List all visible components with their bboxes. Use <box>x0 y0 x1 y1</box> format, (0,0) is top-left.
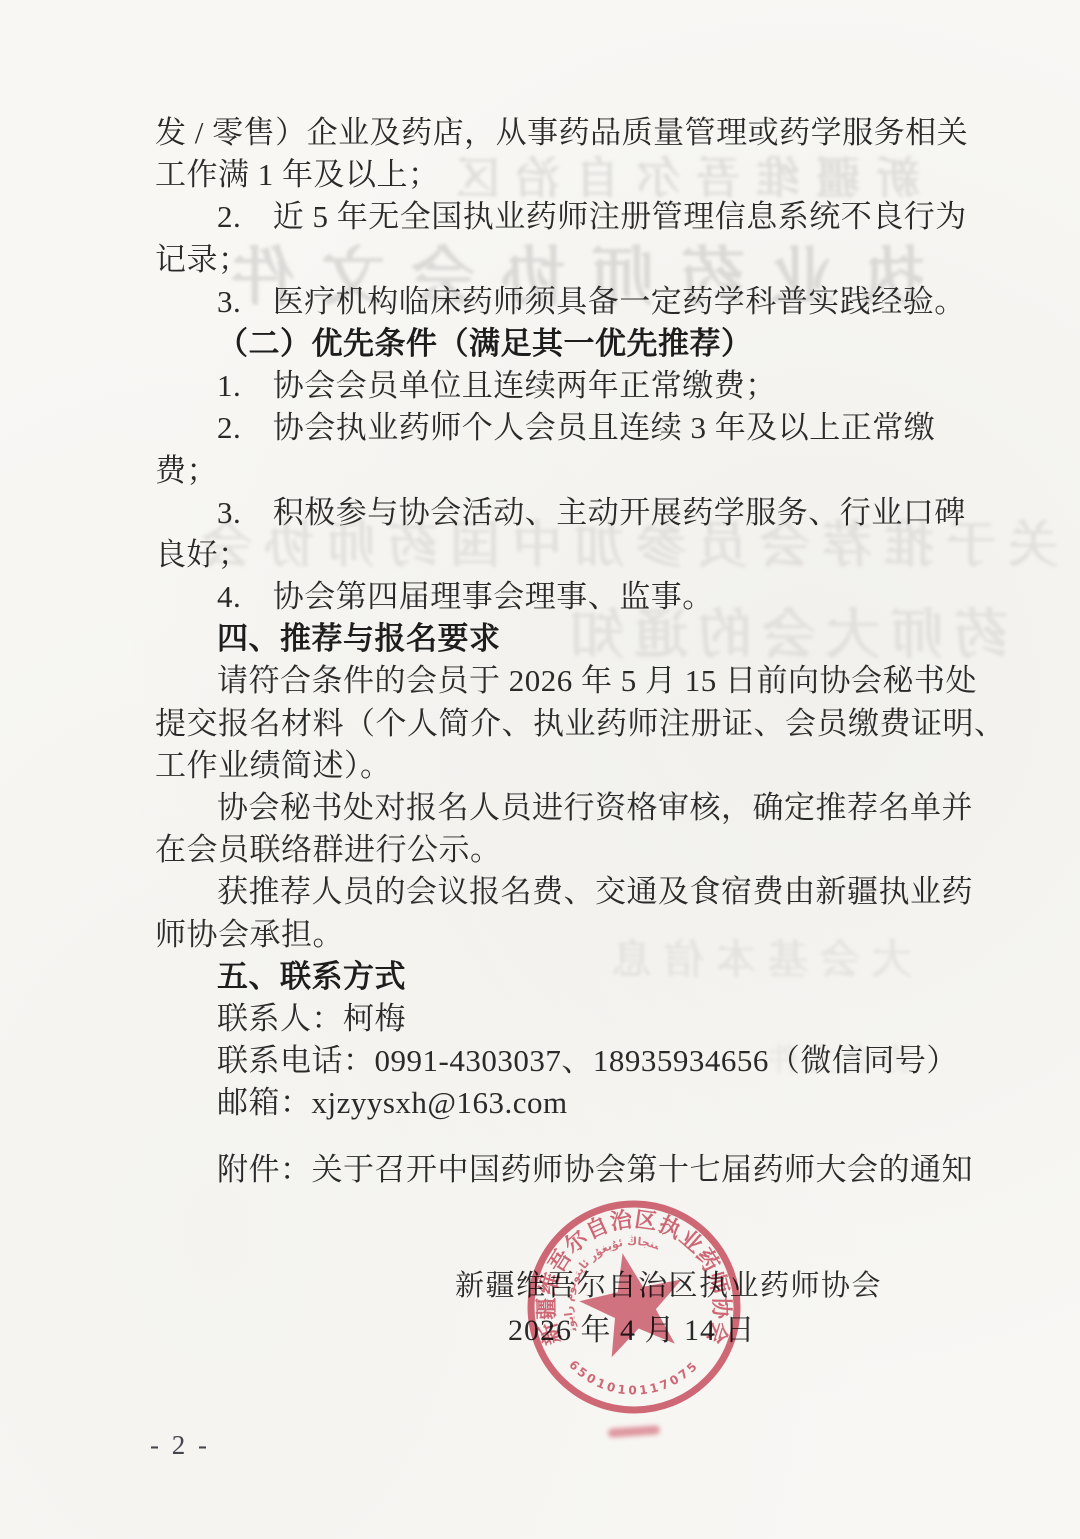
text-line: 3. 积极参与协会活动、主动开展药学服务、行业口碑 <box>155 492 937 534</box>
line-spacer <box>155 1125 937 1149</box>
text-line: 附件：关于召开中国药师协会第十七届药师大会的通知 <box>155 1149 937 1191</box>
heading-line: （二）优先条件（满足其一优先推荐） <box>155 323 937 365</box>
text-line: 工作业绩简述）。 <box>155 745 937 787</box>
text-line: 2. 近 5 年无全国执业药师注册管理信息系统不良行为 <box>155 196 937 238</box>
text-line: 费； <box>155 450 937 492</box>
heading-line: 五、联系方式 <box>155 956 937 998</box>
text-line: 提交报名材料（个人简介、执业药师注册证、会员缴费证明、 <box>155 703 937 745</box>
text-line: 2. 协会执业药师个人会员且连续 3 年及以上正常缴 <box>155 407 937 449</box>
text-line: 工作满 1 年及以上； <box>155 154 937 196</box>
text-line: 良好； <box>155 534 937 576</box>
document-lines: 发 / 零售）企业及药店，从事药品质量管理或药学服务相关工作满 1 年及以上；2… <box>155 112 937 1191</box>
text-line: 协会秘书处对报名人员进行资格审核，确定推荐名单并 <box>155 787 937 829</box>
text-line: 3. 医疗机构临床药师须具备一定药学科普实践经验。 <box>155 281 937 323</box>
text-line: 在会员联络群进行公示。 <box>155 829 937 871</box>
page-number: - 2 - <box>150 1430 210 1461</box>
text-line: 获推荐人员的会议报名费、交通及食宿费由新疆执业药 <box>155 871 937 913</box>
text-line: 发 / 零售）企业及药店，从事药品质量管理或药学服务相关 <box>155 112 937 154</box>
official-seal-stamp: 新疆维吾尔自治区执业药师协会 شىنجاڭ ئۇيغۇر ئاپتونوم را… <box>514 1187 754 1427</box>
text-line: 联系人：柯梅 <box>155 998 937 1040</box>
text-line: 联系电话：0991-4303037、18935934656（微信同号） <box>155 1040 937 1082</box>
seal-ink-smudge <box>608 1425 661 1438</box>
text-line: 邮箱：xjzyysxh@163.com <box>155 1082 937 1124</box>
text-line: 1. 协会会员单位且连续两年正常缴费； <box>155 365 937 407</box>
text-line: 师协会承担。 <box>155 914 937 956</box>
text-line: 4. 协会第四届理事会理事、监事。 <box>155 576 937 618</box>
scanned-document-page: 新疆维吾尔自治区 执业药师协会文件 关于推荐会员参加中国药师协会 药师大会的通知… <box>0 0 1080 1539</box>
seal-code-arc: 6501010117075 <box>566 1358 702 1398</box>
heading-line: 四、推荐与报名要求 <box>155 618 937 660</box>
text-line: 记录； <box>155 239 937 281</box>
text-line: 请符合条件的会员于 2026 年 5 月 15 日前向协会秘书处 <box>155 660 937 702</box>
